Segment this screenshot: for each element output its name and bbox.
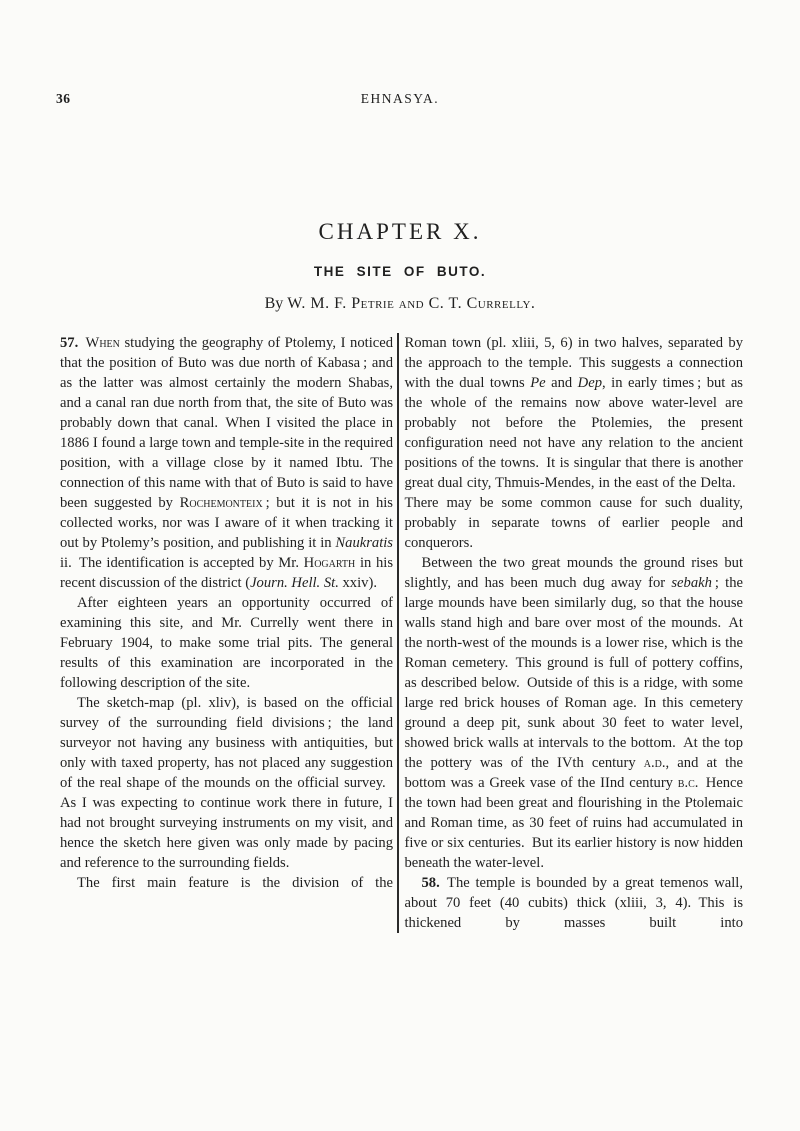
section-number: 58. [422,875,440,891]
smallcaps-text: When [78,335,120,351]
smallcaps-text: Rochemonteix [180,495,263,511]
chapter-subtitle: THE SITE OF BUTO. [0,264,800,279]
smallcaps-text: a.d. [644,755,666,771]
body-text: The temple is bounded by a great temenos… [405,875,744,931]
body-text: ; the large mounds have been similarly d… [405,575,744,771]
body-text: and [546,375,578,391]
italic-text: Pe [530,375,545,391]
running-title: EHNASYA. [0,91,800,107]
section-number: 57. [60,335,78,351]
paragraph: The sketch-map (pl. xliv), is based on t… [60,693,393,873]
italic-text: Dep [578,375,602,391]
byline-authors: W. M. F. Petrie and C. T. Currelly. [287,295,535,312]
column-right: Roman town (pl. xliii, 5, 6) in two halv… [405,333,744,933]
paragraph: Between the two great mounds the ground … [405,553,744,873]
chapter-title: CHAPTER X. [0,219,800,245]
paragraph: Roman town (pl. xliii, 5, 6) in two halv… [405,333,744,553]
body-text: After eighteen years an opportunity occu… [60,595,393,691]
byline-prefix: By [265,295,288,312]
italic-text: Journ. Hell. St. [250,575,339,591]
smallcaps-text: b.c. [678,775,699,791]
book-page: 36 EHNASYA. CHAPTER X. THE SITE OF BUTO.… [0,0,800,1131]
paragraph: The first main feature is the division o… [60,873,393,893]
italic-text: sebakh [671,575,712,591]
body-text: studying the geography of Ptolemy, I not… [60,335,393,511]
chapter-heading-block: CHAPTER X. THE SITE OF BUTO. By W. M. F.… [0,219,800,313]
paragraph: 57. When studying the geography of Ptole… [60,333,393,593]
body-text: xxiv). [339,575,377,591]
paragraph: After eighteen years an opportunity occu… [60,593,393,693]
body-text: The first main feature is the division o… [77,875,393,891]
body-text: , in early times ; but as the whole of t… [405,375,744,551]
text-columns: 57. When studying the geography of Ptole… [60,333,743,933]
column-divider [397,333,399,933]
smallcaps-text: Hogarth [304,555,356,571]
italic-text: Naukratis [335,535,393,551]
byline: By W. M. F. Petrie and C. T. Currelly. [0,295,800,313]
body-text: The sketch-map (pl. xliv), is based on t… [60,695,393,871]
column-left: 57. When studying the geography of Ptole… [60,333,393,933]
paragraph: 58. The temple is bounded by a great tem… [405,873,744,933]
body-text: ii. The identification is accepted by Mr… [60,555,304,571]
